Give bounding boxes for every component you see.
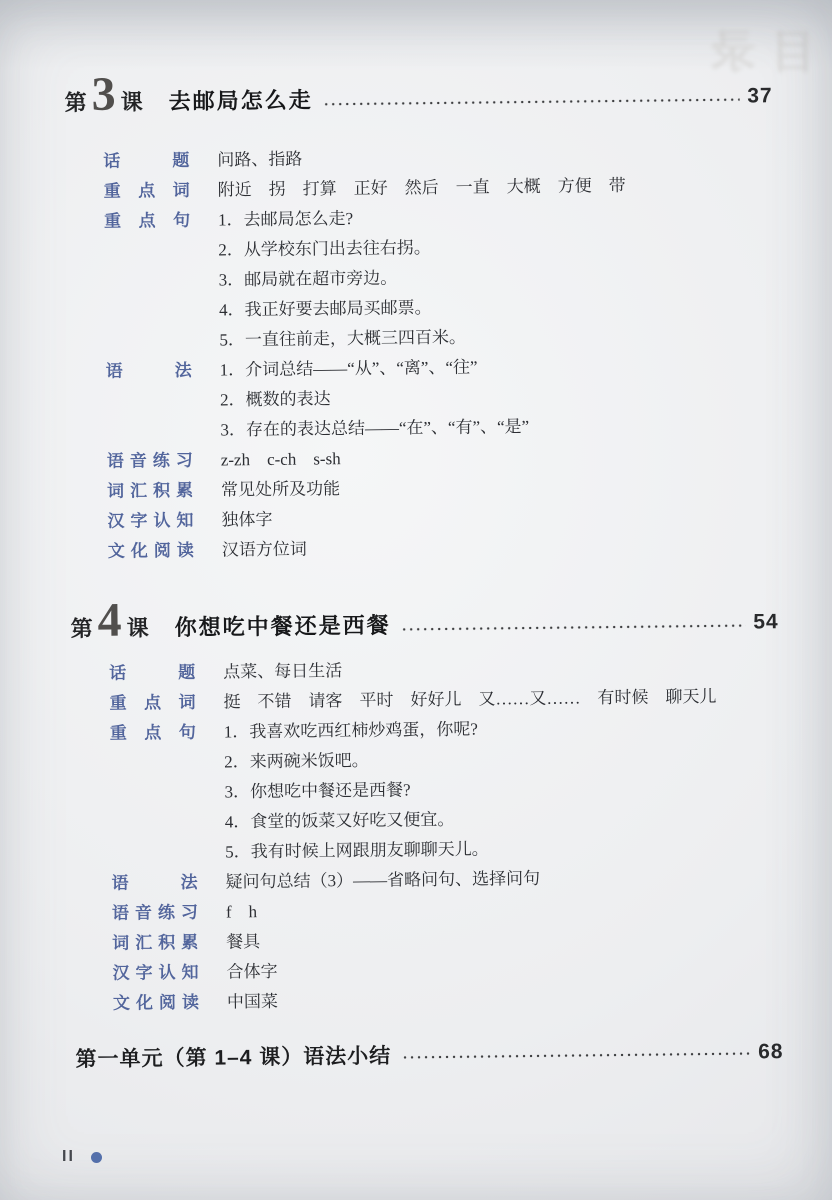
lesson-number-prefix: 第	[65, 86, 87, 117]
lesson-number-suffix: 课	[121, 85, 143, 116]
row-line: 餐具	[226, 927, 260, 957]
toc-row: 语法1．介词总结——“从”、“离”、“往”2．概数的表达3．存在的表达总结——“…	[106, 349, 777, 447]
lessons: 第 3 课 去邮局怎么走 37 话题问路、指路重点词附近 拐 打算 正好 然后 …	[64, 63, 783, 1019]
row-content: z-zh c-ch s-sh	[221, 444, 341, 475]
lesson-number-prefix: 第	[70, 612, 92, 643]
row-label: 文化阅读	[108, 536, 194, 567]
row-label: 语音练习	[112, 898, 198, 929]
toc-row: 文化阅读汉语方位词	[108, 529, 778, 567]
lesson-rows: 话题问路、指路重点词附近 拐 打算 正好 然后 一直 大概 方便 带重点句1．去…	[103, 139, 778, 567]
row-label: 重点词	[104, 176, 190, 207]
unit-summary-page-number: 68	[758, 1040, 784, 1064]
row-label: 语法	[106, 356, 193, 447]
row-label: 重点句	[110, 718, 198, 869]
row-line: z-zh c-ch s-sh	[221, 444, 341, 475]
row-line: 1．我喜欢吃西红柿炒鸡蛋，你呢?	[224, 714, 488, 747]
row-line: 点菜、每日生活	[223, 656, 342, 687]
row-line: 3．邮局就在超市旁边。	[219, 263, 466, 296]
row-line: f h	[226, 897, 258, 927]
row-line: 附近 拐 打算 正好 然后 一直 大概 方便 带	[218, 171, 626, 206]
lesson-rows: 话题点菜、每日生活重点词挺 不错 请客 平时 好好儿 又……又…… 有时候 聊天…	[109, 651, 783, 1019]
row-line: 5．我有时候上网跟朋友聊聊天儿。	[225, 834, 489, 867]
row-line: 独体字	[221, 505, 272, 536]
lesson-header: 第 3 课 去邮局怎么走 37	[64, 63, 772, 119]
row-content: 附近 拐 打算 正好 然后 一直 大概 方便 带	[218, 171, 626, 206]
row-label: 重点句	[104, 206, 192, 357]
toc-row: 重点句1．去邮局怎么走?2．从学校东门出去往右拐。3．邮局就在超市旁边。4．我正…	[104, 199, 776, 357]
row-content: 餐具	[226, 927, 260, 957]
row-line: 汉语方位词	[222, 535, 307, 566]
lesson-page-number: 54	[753, 610, 779, 634]
row-line: 3．存在的表达总结——“在”、“有”、“是”	[220, 412, 529, 446]
unit-summary-title: 第一单元（第 1–4 课）语法小结	[75, 1040, 391, 1074]
row-label: 词汇积累	[107, 476, 193, 507]
row-content: 1．介词总结——“从”、“离”、“往”2．概数的表达3．存在的表达总结——“在”…	[220, 352, 530, 445]
row-content: 中国菜	[227, 987, 278, 1018]
row-label: 话题	[109, 658, 195, 689]
row-line: 1．去邮局怎么走?	[218, 203, 465, 236]
footer-dot-icon	[91, 1152, 102, 1163]
row-content: 问路、指路	[217, 145, 302, 176]
row-content: 挺 不错 请客 平时 好好儿 又……又…… 有时候 聊天儿	[223, 682, 716, 718]
row-line: 5．一直往前走，大概三四百米。	[219, 323, 466, 356]
row-line: 挺 不错 请客 平时 好好儿 又……又…… 有时候 聊天儿	[223, 682, 716, 718]
row-content: 合体字	[226, 957, 277, 988]
row-line: 合体字	[226, 957, 277, 988]
lesson-title: 去邮局怎么走	[169, 83, 313, 116]
lesson-header: 第 4 课 你想吃中餐还是西餐 54	[70, 589, 778, 645]
row-content: f h	[226, 897, 258, 927]
row-line: 疑问句总结（3）——省略问句、选择问句	[225, 864, 540, 898]
dotted-leader	[401, 623, 746, 633]
toc-content: 第 3 课 去邮局怎么走 37 话题问路、指路重点词附近 拐 打算 正好 然后 …	[64, 63, 783, 1073]
row-line: 4．我正好要去邮局买邮票。	[219, 293, 466, 326]
unit-summary-entry: 第一单元（第 1–4 课）语法小结 68	[75, 1035, 783, 1073]
row-label: 汉字认知	[112, 958, 198, 989]
row-content: 点菜、每日生活	[223, 656, 342, 687]
row-line: 3．你想吃中餐还是西餐?	[224, 774, 488, 807]
dotted-leader	[323, 97, 740, 108]
row-line: 常见处所及功能	[221, 474, 340, 505]
lesson-number: 4	[97, 597, 122, 645]
lesson-title: 你想吃中餐还是西餐	[174, 609, 390, 642]
row-label: 汉字认知	[107, 506, 193, 537]
dotted-leader	[401, 1051, 750, 1061]
lesson-number: 3	[91, 71, 116, 119]
row-line: 2．概数的表达	[220, 382, 529, 416]
row-content: 1．我喜欢吃西红柿炒鸡蛋，你呢?2．来两碗米饭吧。3．你想吃中餐还是西餐?4．食…	[224, 714, 489, 867]
row-line: 4．食堂的饭菜又好吃又便宜。	[225, 804, 489, 837]
row-content: 常见处所及功能	[221, 474, 340, 505]
lesson-entry: 第 3 课 去邮局怎么走 37 话题问路、指路重点词附近 拐 打算 正好 然后 …	[64, 63, 778, 567]
lesson-page-number: 37	[747, 84, 773, 108]
row-label: 词汇积累	[112, 928, 198, 959]
toc-row: 文化阅读中国菜	[113, 981, 783, 1019]
row-label: 语法	[111, 868, 197, 899]
toc-row: 重点句1．我喜欢吃西红柿炒鸡蛋，你呢?2．来两碗米饭吧。3．你想吃中餐还是西餐?…	[110, 711, 782, 869]
row-label: 话题	[103, 146, 189, 177]
footer-page-number: II	[62, 1148, 75, 1166]
row-line: 2．来两碗米饭吧。	[224, 744, 488, 777]
row-content: 汉语方位词	[222, 535, 307, 566]
row-label: 语音练习	[107, 446, 193, 477]
lesson-entry: 第 4 课 你想吃中餐还是西餐 54 话题点菜、每日生活重点词挺 不错 请客 平…	[70, 589, 783, 1019]
row-content: 疑问句总结（3）——省略问句、选择问句	[225, 864, 540, 898]
page-footer: II	[62, 1148, 102, 1166]
row-label: 文化阅读	[113, 988, 199, 1019]
lesson-number-suffix: 课	[126, 611, 148, 642]
row-line: 中国菜	[227, 987, 278, 1018]
row-line: 问路、指路	[217, 145, 302, 176]
row-label: 重点词	[109, 688, 195, 719]
row-content: 独体字	[221, 505, 272, 536]
row-content: 1．去邮局怎么走?2．从学校东门出去往右拐。3．邮局就在超市旁边。4．我正好要去…	[218, 203, 466, 356]
row-line: 1．介词总结——“从”、“离”、“往”	[220, 352, 529, 386]
book-page-photo: 目录 第 3 课 去邮局怎么走 37 话题问路、指路重点词附近 拐 打算 正好 …	[0, 0, 832, 1200]
row-line: 2．从学校东门出去往右拐。	[218, 233, 465, 266]
